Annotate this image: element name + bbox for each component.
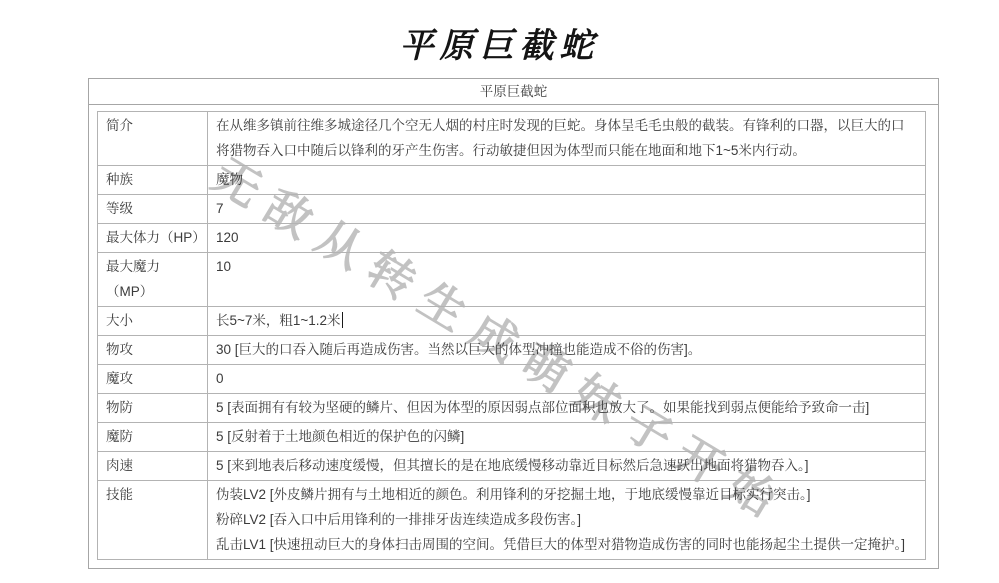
- value-line: 伪装LV2 [外皮鳞片拥有与土地相近的颜色。利用锋利的牙挖掘土地，于地底缓慢靠近…: [216, 482, 917, 507]
- row-label[interactable]: 最大魔力（MP）: [98, 253, 208, 307]
- stats-table-body: 简介在从维多镇前往维多城途径几个空无人烟的村庄时发现的巨蛇。身体呈毛毛虫般的截装…: [98, 112, 926, 560]
- row-label[interactable]: 物防: [98, 394, 208, 423]
- table-row: 魔防5 [反射着于土地颜色相近的保护色的闪鳞]: [98, 423, 926, 452]
- row-label[interactable]: 最大体力（HP）: [98, 224, 208, 253]
- monster-stat-card: 平原巨截蛇 简介在从维多镇前往维多城途径几个空无人烟的村庄时发现的巨蛇。身体呈毛…: [88, 78, 939, 569]
- row-value[interactable]: 5 [表面拥有有较为坚硬的鳞片、但因为体型的原因弱点部位面积也放大了。如果能找到…: [208, 394, 926, 423]
- table-row: 等级7: [98, 195, 926, 224]
- table-row: 物攻30 [巨大的口吞入随后再造成伤害。当然以巨大的体型冲撞也能造成不俗的伤害]…: [98, 336, 926, 365]
- value-line: 5 [表面拥有有较为坚硬的鳞片、但因为体型的原因弱点部位面积也放大了。如果能找到…: [216, 395, 917, 420]
- value-line: 魔物: [216, 167, 917, 192]
- row-value[interactable]: 长5~7米，粗1~1.2米: [208, 307, 926, 336]
- row-label[interactable]: 等级: [98, 195, 208, 224]
- document-page: { "page_title": "平原巨截蛇", "watermark_text…: [0, 0, 999, 583]
- text-cursor: [342, 312, 344, 328]
- value-line: 5 [来到地表后移动速度缓慢，但其擅长的是在地底缓慢移动靠近目标然后急速跃出地面…: [216, 453, 917, 478]
- row-label[interactable]: 大小: [98, 307, 208, 336]
- row-label[interactable]: 种族: [98, 166, 208, 195]
- table-row: 简介在从维多镇前往维多城途径几个空无人烟的村庄时发现的巨蛇。身体呈毛毛虫般的截装…: [98, 112, 926, 166]
- row-value[interactable]: 魔物: [208, 166, 926, 195]
- table-row: 魔攻0: [98, 365, 926, 394]
- table-row: 物防5 [表面拥有有较为坚硬的鳞片、但因为体型的原因弱点部位面积也放大了。如果能…: [98, 394, 926, 423]
- row-value[interactable]: 伪装LV2 [外皮鳞片拥有与土地相近的颜色。利用锋利的牙挖掘土地，于地底缓慢靠近…: [208, 481, 926, 560]
- table-row: 技能伪装LV2 [外皮鳞片拥有与土地相近的颜色。利用锋利的牙挖掘土地，于地底缓慢…: [98, 481, 926, 560]
- stats-table: 简介在从维多镇前往维多城途径几个空无人烟的村庄时发现的巨蛇。身体呈毛毛虫般的截装…: [97, 111, 926, 560]
- row-value[interactable]: 0: [208, 365, 926, 394]
- row-value[interactable]: 30 [巨大的口吞入随后再造成伤害。当然以巨大的体型冲撞也能造成不俗的伤害]。: [208, 336, 926, 365]
- value-line: 30 [巨大的口吞入随后再造成伤害。当然以巨大的体型冲撞也能造成不俗的伤害]。: [216, 337, 917, 362]
- value-line: 在从维多镇前往维多城途径几个空无人烟的村庄时发现的巨蛇。身体呈毛毛虫般的截装。有…: [216, 113, 917, 163]
- value-line: 7: [216, 196, 917, 221]
- table-row: 大小长5~7米，粗1~1.2米: [98, 307, 926, 336]
- table-row: 最大体力（HP）120: [98, 224, 926, 253]
- row-value[interactable]: 10: [208, 253, 926, 307]
- stat-table-body-wrapper: 简介在从维多镇前往维多城途径几个空无人烟的村庄时发现的巨蛇。身体呈毛毛虫般的截装…: [89, 105, 938, 568]
- row-label[interactable]: 魔防: [98, 423, 208, 452]
- row-value[interactable]: 5 [反射着于土地颜色相近的保护色的闪鳞]: [208, 423, 926, 452]
- value-line: 120: [216, 225, 917, 250]
- value-line: 乱击LV1 [快速扭动巨大的身体扫击周围的空间。凭借巨大的体型对猎物造成伤害的同…: [216, 532, 917, 557]
- value-line: 5 [反射着于土地颜色相近的保护色的闪鳞]: [216, 424, 917, 449]
- row-value[interactable]: 7: [208, 195, 926, 224]
- value-line: 0: [216, 366, 917, 391]
- row-label[interactable]: 简介: [98, 112, 208, 166]
- value-line: 粉碎LV2 [吞入口中后用锋利的一排排牙齿连续造成多段伤害。]: [216, 507, 917, 532]
- row-label[interactable]: 物攻: [98, 336, 208, 365]
- table-row: 种族魔物: [98, 166, 926, 195]
- row-value[interactable]: 120: [208, 224, 926, 253]
- page-title[interactable]: 平原巨截蛇: [0, 18, 999, 67]
- value-line: 10: [216, 254, 917, 279]
- table-row: 最大魔力（MP）10: [98, 253, 926, 307]
- row-label[interactable]: 肉速: [98, 452, 208, 481]
- table-row: 肉速5 [来到地表后移动速度缓慢，但其擅长的是在地底缓慢移动靠近目标然后急速跃出…: [98, 452, 926, 481]
- value-line: 长5~7米，粗1~1.2米: [216, 308, 917, 333]
- row-value[interactable]: 在从维多镇前往维多城途径几个空无人烟的村庄时发现的巨蛇。身体呈毛毛虫般的截装。有…: [208, 112, 926, 166]
- row-label[interactable]: 技能: [98, 481, 208, 560]
- stat-table-title[interactable]: 平原巨截蛇: [89, 79, 938, 105]
- row-value[interactable]: 5 [来到地表后移动速度缓慢，但其擅长的是在地底缓慢移动靠近目标然后急速跃出地面…: [208, 452, 926, 481]
- row-label[interactable]: 魔攻: [98, 365, 208, 394]
